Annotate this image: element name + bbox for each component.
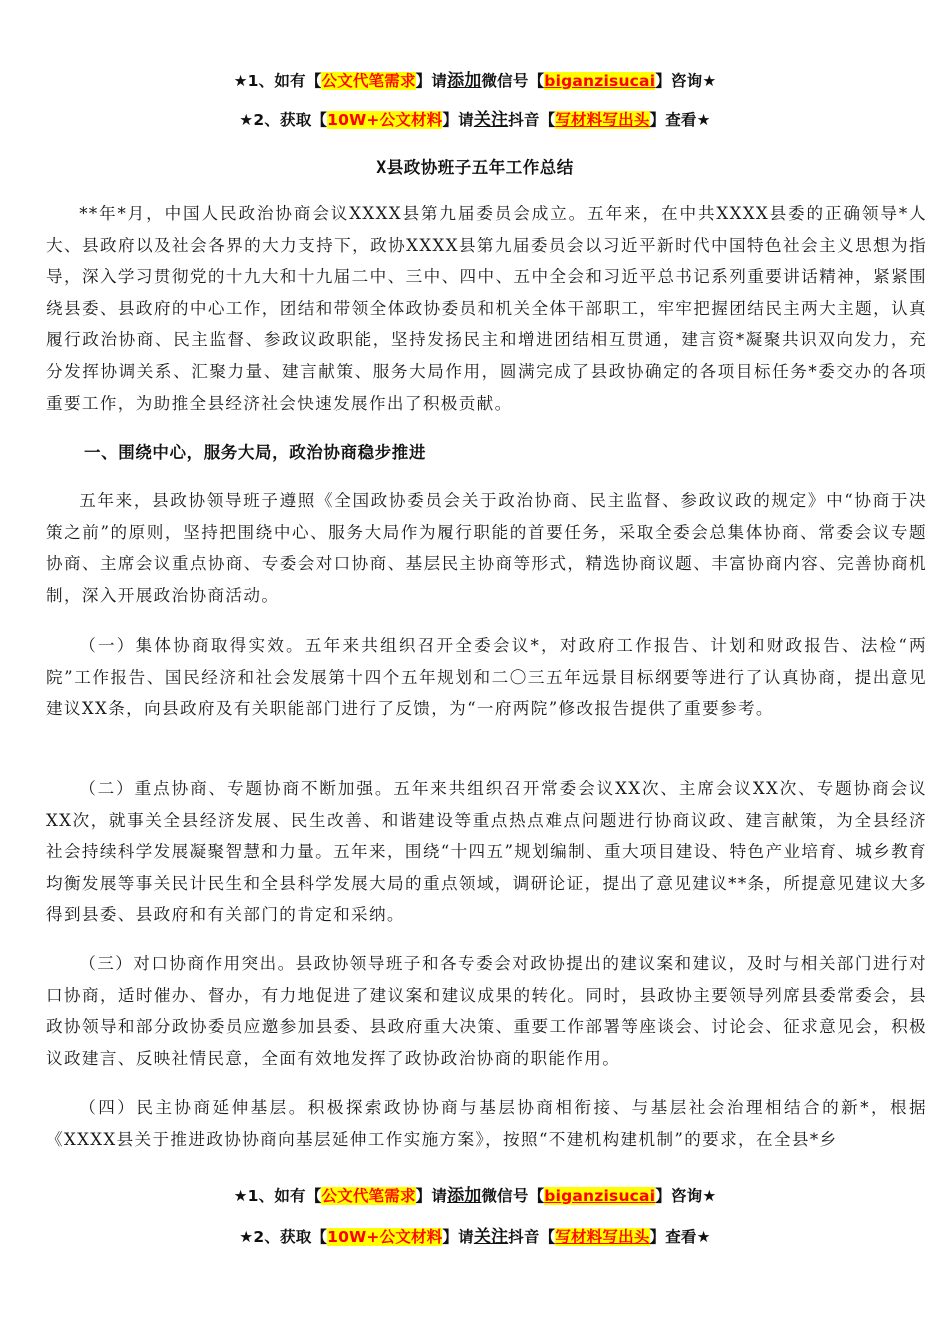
item3-paragraph: （三）对口协商作用突出。县政协领导班子和各专委会对政协提出的建议案和建议，及时与…	[46, 948, 927, 1074]
promo-prefix: ★1、如有【	[234, 72, 322, 90]
promo-suffix: 】查看★	[650, 1228, 711, 1246]
promo-suffix: 】咨询★	[655, 72, 716, 90]
promo-wechat-id[interactable]: biganzisucai	[544, 1187, 655, 1205]
promo-text: 】请	[416, 72, 447, 90]
promo-douyin-account[interactable]: 写材料写出头	[555, 1228, 649, 1246]
promo-highlight-materials: 10W+公文材料	[327, 111, 442, 129]
promo-text: 微信号【	[481, 1187, 544, 1205]
promo-prefix: ★2、获取【	[239, 1228, 327, 1246]
item1-paragraph: （一）集体协商取得实效。五年来共组织召开全委会议*，对政府工作报告、计划和财政报…	[46, 630, 927, 725]
section-heading-1: 一、围绕中心，服务大局，政治协商稳步推进	[84, 440, 426, 466]
promo-bottom-line-2: ★2、获取【10W+公文材料】请关注抖音【写材料写出头】查看★	[0, 1226, 950, 1248]
promo-highlight-service: 公文代笔需求	[321, 72, 415, 90]
promo-underlined-follow: 关注	[474, 110, 508, 130]
section1-intro-block: 五年来，县政协领导班子遵照《全国政协委员会关于政治协商、民主监督、参政议政的规定…	[46, 485, 927, 611]
document-title: X县政协班子五年工作总结	[0, 156, 950, 180]
promo-text: 】请	[442, 111, 473, 129]
section1-intro-paragraph: 五年来，县政协领导班子遵照《全国政协委员会关于政治协商、民主监督、参政议政的规定…	[46, 485, 927, 611]
item4-paragraph: （四）民主协商延伸基层。积极探索政协协商与基层协商相衔接、与基层社会治理相结合的…	[46, 1092, 927, 1155]
item1-block: （一）集体协商取得实效。五年来共组织召开全委会议*，对政府工作报告、计划和财政报…	[46, 630, 927, 725]
promo-douyin-account[interactable]: 写材料写出头	[555, 111, 649, 129]
promo-highlight-service: 公文代笔需求	[321, 1187, 415, 1205]
promo-text: 】请	[442, 1228, 473, 1246]
promo-wechat-id[interactable]: biganzisucai	[544, 72, 655, 90]
promo-top-line-1: ★1、如有【公文代笔需求】请添加微信号【biganzisucai】咨询★	[0, 70, 950, 92]
item2-paragraph: （二）重点协商、专题协商不断加强。五年来共组织召开常委会议XX次、主席会议XX次…	[46, 773, 927, 931]
promo-text: 】请	[416, 1187, 447, 1205]
item3-block: （三）对口协商作用突出。县政协领导班子和各专委会对政协提出的建议案和建议，及时与…	[46, 948, 927, 1074]
document-page: ★1、如有【公文代笔需求】请添加微信号【biganzisucai】咨询★ ★2、…	[0, 0, 950, 1344]
promo-underlined-follow: 关注	[474, 1227, 508, 1247]
promo-bottom-line-1: ★1、如有【公文代笔需求】请添加微信号【biganzisucai】咨询★	[0, 1185, 950, 1207]
intro-block: **年*月，中国人民政治协商会议XXXX县第九届委员会成立。五年来，在中共XXX…	[46, 198, 927, 419]
promo-text: 抖音【	[508, 111, 555, 129]
promo-text: 抖音【	[508, 1228, 555, 1246]
promo-suffix: 】查看★	[650, 111, 711, 129]
promo-underlined-add: 添加	[447, 1186, 481, 1206]
promo-prefix: ★1、如有【	[234, 1187, 322, 1205]
item2-block: （二）重点协商、专题协商不断加强。五年来共组织召开常委会议XX次、主席会议XX次…	[46, 773, 927, 931]
item4-block: （四）民主协商延伸基层。积极探索政协协商与基层协商相衔接、与基层社会治理相结合的…	[46, 1092, 927, 1155]
promo-text: 微信号【	[481, 72, 544, 90]
promo-top-line-2: ★2、获取【10W+公文材料】请关注抖音【写材料写出头】查看★	[0, 109, 950, 131]
promo-underlined-add: 添加	[447, 71, 481, 91]
promo-prefix: ★2、获取【	[239, 111, 327, 129]
promo-highlight-materials: 10W+公文材料	[327, 1228, 442, 1246]
promo-suffix: 】咨询★	[655, 1187, 716, 1205]
intro-paragraph: **年*月，中国人民政治协商会议XXXX县第九届委员会成立。五年来，在中共XXX…	[46, 198, 927, 419]
